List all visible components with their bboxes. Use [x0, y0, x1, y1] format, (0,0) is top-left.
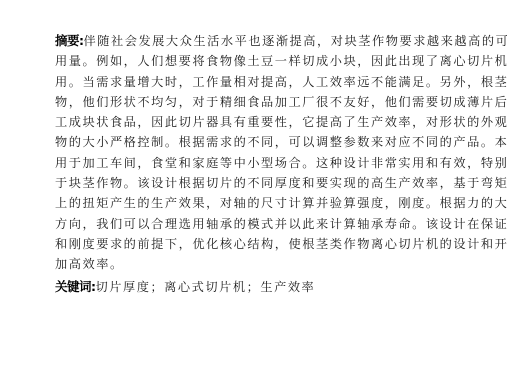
abstract-line-1: 摘要:伴随社会发展大众生活水平也逐渐提高，对块茎作物要求越来越高的可食 [55, 31, 471, 51]
abstract-line-7: 用于加工车间，食堂和家庭等中小型场合。这种设计非常实用和有效，特别是对 [55, 153, 471, 173]
keywords-line: 关键词:切片厚度；离心式切片机；生产效率 [55, 277, 471, 297]
abstract-line-3: 用。当需求量增大时，工作量相对提高，人工效率远不能满足。另外，根茎类作 [55, 72, 471, 92]
abstract-line-12: 加高效率。 [55, 254, 471, 274]
keywords-text: 切片厚度；离心式切片机；生产效率 [96, 280, 316, 294]
abstract-line-5: 工成块状食品，因此切片器具有重要性，它提高了生产效率，对形状的外观和食 [55, 112, 471, 132]
keywords-label: 关键词: [55, 279, 96, 294]
abstract-line-2: 用量。例如，人们想要将食物像土豆一样切成小块，因此出现了离心切片机的使 [55, 51, 471, 71]
abstract-line-6: 物的大小严格控制。根据需求的不同，可以调整参数来对应不同的产品。本设计 [55, 132, 471, 152]
abstract-line-8: 于块茎作物。该设计根据切片的不同厚度和要实现的高生产效率，基于弯矩，轴 [55, 173, 471, 193]
abstract-line-9: 上的扭矩产生的生产效果，对轴的尺寸计算并验算强度，刚度。根据力的大小和 [55, 193, 471, 213]
abstract-line-11: 和刚度要求的前提下，优化核心结构，使根茎类作物离心切片机的设计和开发更 [55, 234, 471, 254]
abstract-section: 摘要:伴随社会发展大众生活水平也逐渐提高，对块茎作物要求越来越高的可食 用量。例… [55, 31, 471, 297]
abstract-line-10: 方向，我们可以合理选用轴承的模式并以此来计算轴承寿命。该设计在保证强度 [55, 214, 471, 234]
abstract-label: 摘要: [55, 33, 84, 48]
abstract-line-4: 物，他们形状不均匀，对于精细食品加工厂很不友好，他们需要切成薄片后再加 [55, 92, 471, 112]
abstract-text: 伴随社会发展大众生活水平也逐渐提高，对块茎作物要求越来越高的可食 [84, 34, 507, 48]
